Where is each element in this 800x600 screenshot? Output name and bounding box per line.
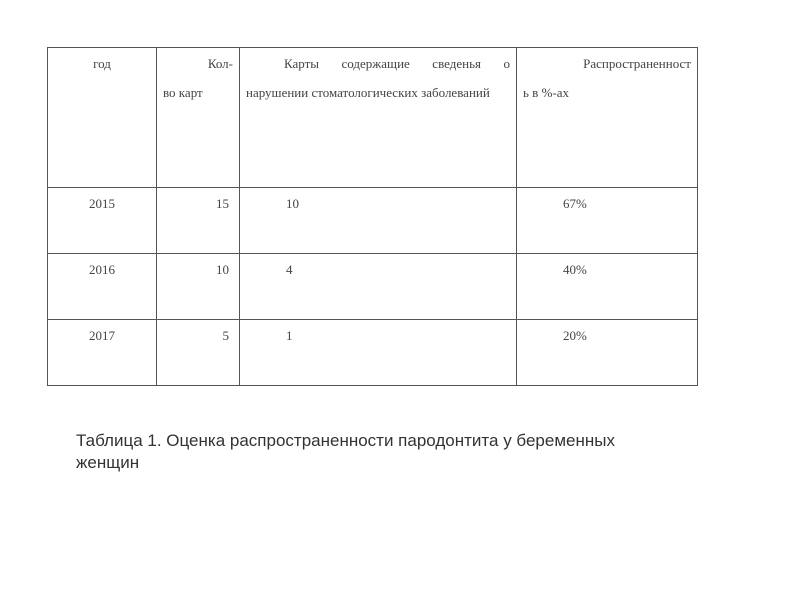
cell-year: 2017: [48, 320, 157, 386]
header-prevalence: Распространенност ь в %-ах: [517, 48, 698, 188]
cell-affected: 4: [240, 254, 517, 320]
table-header-row: год Кол- во карт Карты содержащие сведен…: [48, 48, 698, 188]
document-page: год Кол- во карт Карты содержащие сведен…: [0, 0, 800, 600]
table-row: 2015 15 10 67%: [48, 188, 698, 254]
cell-year: 2016: [48, 254, 157, 320]
table-row: 2016 10 4 40%: [48, 254, 698, 320]
header-affected-label: Карты содержащие сведенья о нарушении ст…: [240, 48, 516, 107]
cell-affected: 1: [240, 320, 517, 386]
header-cards-line1: Кол-: [163, 49, 233, 78]
header-affected-cards: Карты содержащие сведенья о нарушении ст…: [240, 48, 517, 188]
header-year-label: год: [48, 48, 156, 78]
cell-year: 2015: [48, 188, 157, 254]
table-caption: Таблица 1. Оценка распространенности пар…: [76, 430, 616, 474]
cell-prevalence: 67%: [517, 188, 698, 254]
header-cards-count: Кол- во карт: [157, 48, 240, 188]
cell-cards: 10: [157, 254, 240, 320]
table-row: 2017 5 1 20%: [48, 320, 698, 386]
header-prevalence-line2: ь в %-ах: [523, 78, 691, 107]
cell-cards: 5: [157, 320, 240, 386]
header-year: год: [48, 48, 157, 188]
prevalence-table: год Кол- во карт Карты содержащие сведен…: [47, 47, 698, 386]
header-cards-line2: во карт: [163, 78, 233, 107]
cell-prevalence: 40%: [517, 254, 698, 320]
cell-cards: 15: [157, 188, 240, 254]
cell-prevalence: 20%: [517, 320, 698, 386]
cell-affected: 10: [240, 188, 517, 254]
header-prevalence-line1: Распространенност: [523, 49, 691, 78]
